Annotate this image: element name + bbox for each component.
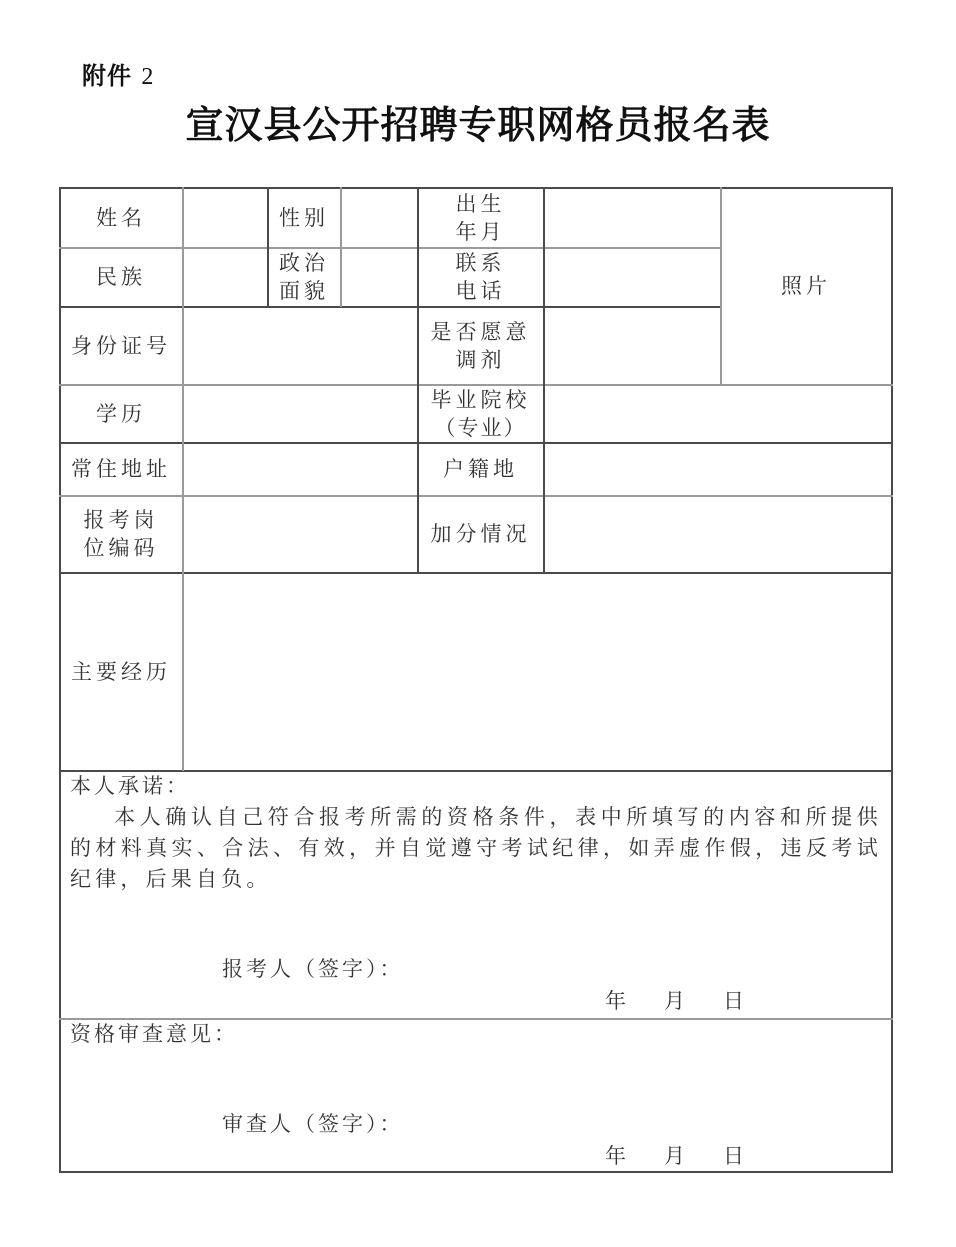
position-code-label: 报考岗 位编码 xyxy=(60,496,182,572)
date-year: 年 xyxy=(605,1140,626,1170)
school-label-line1: 毕业院校 xyxy=(431,386,531,414)
school-field[interactable] xyxy=(544,385,891,442)
page-title: 宣汉县公开招聘专职网格员报名表 xyxy=(0,94,956,149)
birth-label-line1: 出生 xyxy=(456,190,506,218)
id-number-field[interactable] xyxy=(183,307,417,384)
school-label: 毕业院校 （专业） xyxy=(418,385,543,442)
education-label: 学历 xyxy=(60,385,182,442)
promise-body: 本人确认自己符合报考所需的资格条件，表中所填写的内容和所提供的材料真实、合法、有… xyxy=(70,802,882,895)
attachment-label: 附件 2 xyxy=(82,56,154,91)
phone-label-line2: 电话 xyxy=(456,277,506,305)
phone-label-line1: 联系 xyxy=(456,249,506,277)
position-code-label-line1: 报考岗 xyxy=(84,506,159,534)
adjust-field[interactable] xyxy=(544,307,720,384)
political-status-label: 政治 面貌 xyxy=(268,248,340,306)
experience-label: 主要经历 xyxy=(60,573,182,770)
applicant-signature-date: 年月日 xyxy=(605,985,744,1015)
school-label-line2: （专业） xyxy=(435,414,527,442)
name-field[interactable] xyxy=(183,188,267,247)
household-field[interactable] xyxy=(544,443,891,495)
gender-field[interactable] xyxy=(341,188,417,247)
promise-section: 本人承诺： 本人确认自己符合报考所需的资格条件，表中所填写的内容和所提供的材料真… xyxy=(70,771,882,895)
review-section: 资格审查意见： xyxy=(70,1019,882,1050)
adjust-label-line1: 是否愿意 xyxy=(431,318,531,346)
birth-field[interactable] xyxy=(544,188,720,247)
table-border-bottom xyxy=(59,1171,893,1173)
col-divider xyxy=(267,187,269,307)
adjust-label-line2: 调剂 xyxy=(456,346,506,374)
col-divider xyxy=(417,187,419,573)
bonus-field[interactable] xyxy=(544,496,891,572)
photo-box[interactable]: 照片 xyxy=(721,188,891,384)
reviewer-signature-label[interactable]: 审查人（签字）： xyxy=(222,1108,404,1138)
reviewer-signature-date: 年月日 xyxy=(605,1140,744,1170)
household-label: 户籍地 xyxy=(418,443,543,495)
political-status-label-line1: 政治 xyxy=(279,249,329,277)
date-month: 月 xyxy=(664,985,685,1015)
attachment-number: 2 xyxy=(141,64,154,90)
education-field[interactable] xyxy=(183,385,417,442)
experience-field[interactable] xyxy=(183,573,891,770)
review-heading: 资格审查意见： xyxy=(70,1019,882,1050)
table-border-right xyxy=(891,187,893,1172)
address-label: 常住地址 xyxy=(60,443,182,495)
date-year: 年 xyxy=(605,985,626,1015)
photo-label: 照片 xyxy=(781,272,831,300)
date-day: 日 xyxy=(723,985,744,1015)
position-code-field[interactable] xyxy=(183,496,417,572)
gender-label: 性别 xyxy=(268,188,340,247)
promise-heading: 本人承诺： xyxy=(70,771,882,802)
phone-label: 联系 电话 xyxy=(418,248,543,306)
birth-label: 出生 年月 xyxy=(418,188,543,247)
address-field[interactable] xyxy=(183,443,417,495)
date-day: 日 xyxy=(723,1140,744,1170)
birth-label-line2: 年月 xyxy=(456,218,506,246)
ethnicity-field[interactable] xyxy=(183,248,267,306)
applicant-signature-label[interactable]: 报考人（签字）： xyxy=(222,953,404,983)
political-status-label-line2: 面貌 xyxy=(279,277,329,305)
adjust-label: 是否愿意 调剂 xyxy=(418,307,543,384)
political-status-field[interactable] xyxy=(341,248,417,306)
id-number-label: 身份证号 xyxy=(60,307,182,384)
phone-field[interactable] xyxy=(544,248,720,306)
bonus-label: 加分情况 xyxy=(418,496,543,572)
name-label: 姓名 xyxy=(60,188,182,247)
registration-form-table: 姓名 性别 出生 年月 照片 民族 政治 面貌 联系 电话 身份证号 是否愿意 … xyxy=(0,0,956,1247)
table-border-left xyxy=(59,187,61,1172)
position-code-label-line2: 位编码 xyxy=(84,534,159,562)
ethnicity-label: 民族 xyxy=(60,248,182,306)
attachment-text: 附件 xyxy=(82,62,132,90)
date-month: 月 xyxy=(664,1140,685,1170)
